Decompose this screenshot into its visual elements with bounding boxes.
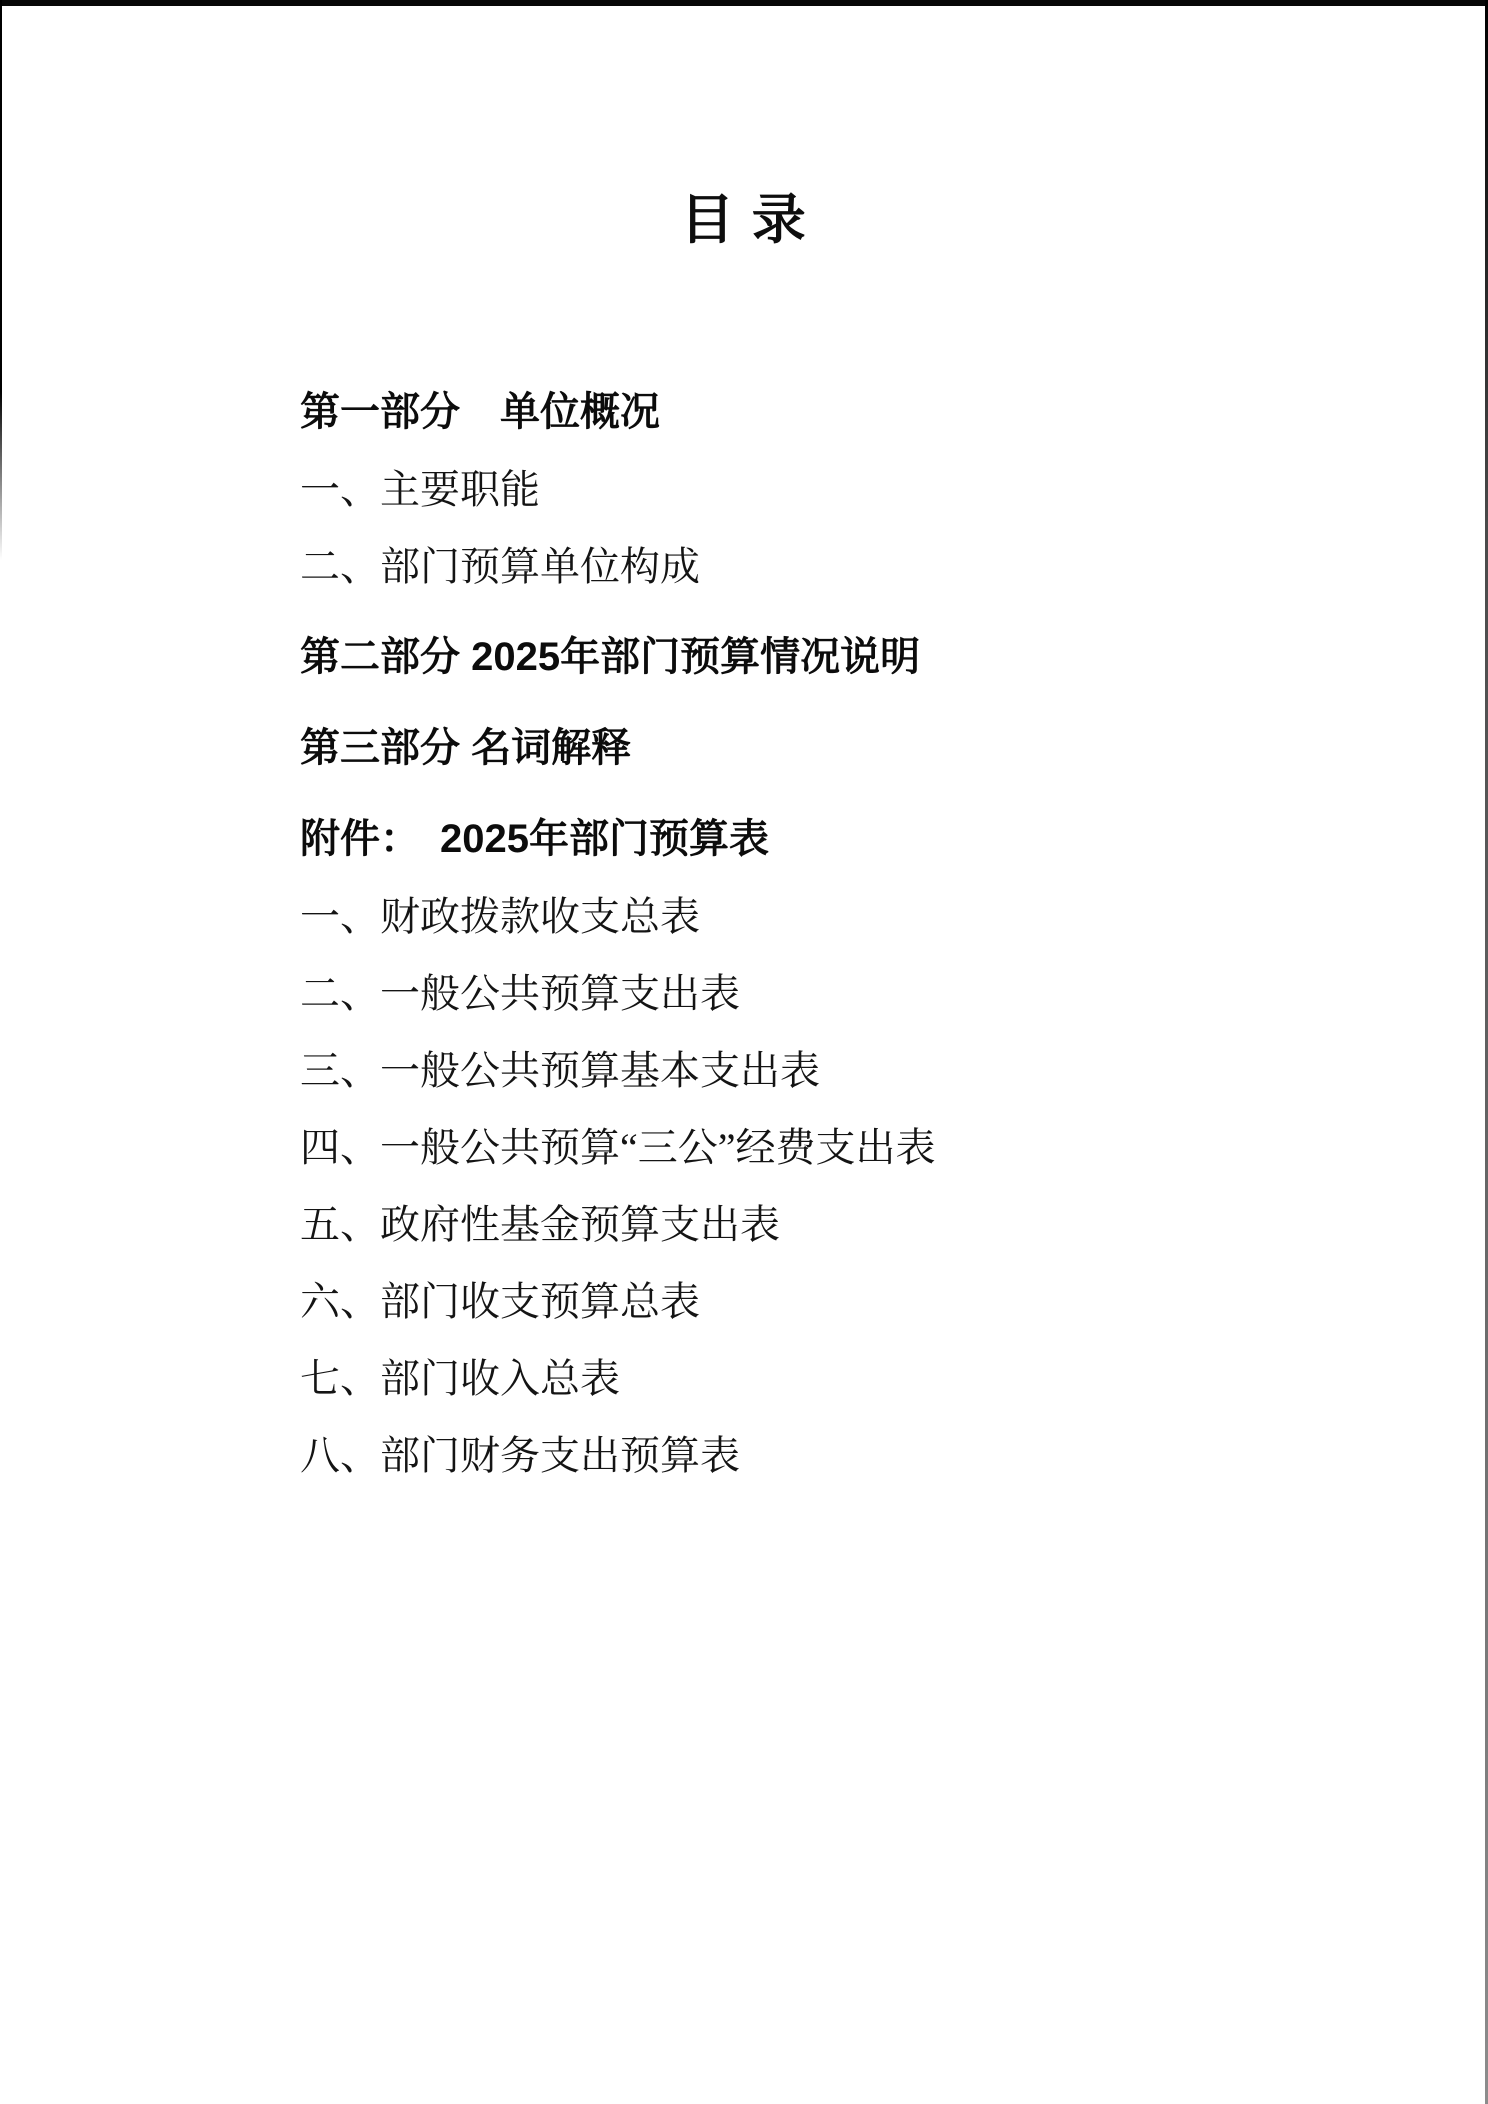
toc-item: 三、一般公共预算基本支出表 bbox=[300, 1050, 1488, 1091]
toc-item: 八、部门财务支出预算表 bbox=[300, 1435, 1488, 1476]
document-page: 目 录 第一部分 单位概况一、主要职能二、部门预算单位构成第二部分 2025年部… bbox=[0, 0, 1488, 2104]
toc-item: 七、部门收入总表 bbox=[300, 1358, 1488, 1399]
scan-edge-left bbox=[0, 0, 2, 560]
toc-section-heading: 第一部分 单位概况 bbox=[300, 392, 1488, 433]
page-title: 目 录 bbox=[0, 192, 1488, 248]
toc-item: 一、财政拨款收支总表 bbox=[300, 896, 1488, 937]
toc-item: 二、一般公共预算支出表 bbox=[300, 973, 1488, 1014]
scan-edge-top bbox=[0, 0, 1488, 6]
toc-list: 第一部分 单位概况一、主要职能二、部门预算单位构成第二部分 2025年部门预算情… bbox=[300, 392, 1488, 1476]
toc-item: 一、主要职能 bbox=[300, 469, 1488, 510]
toc-section-heading: 第二部分 2025年部门预算情况说明 bbox=[300, 637, 1488, 678]
toc-item: 四、一般公共预算“三公”经费支出表 bbox=[300, 1127, 1488, 1168]
toc-item: 二、部门预算单位构成 bbox=[300, 546, 1488, 587]
toc-item: 六、部门收支预算总表 bbox=[300, 1281, 1488, 1322]
toc-item: 五、政府性基金预算支出表 bbox=[300, 1204, 1488, 1245]
toc-section-heading: 附件： 2025年部门预算表 bbox=[300, 819, 1488, 860]
toc-section-heading: 第三部分 名词解释 bbox=[300, 728, 1488, 769]
scanned-document-page: { "document": { "title": "目 录", "toc": [… bbox=[0, 0, 1488, 2104]
